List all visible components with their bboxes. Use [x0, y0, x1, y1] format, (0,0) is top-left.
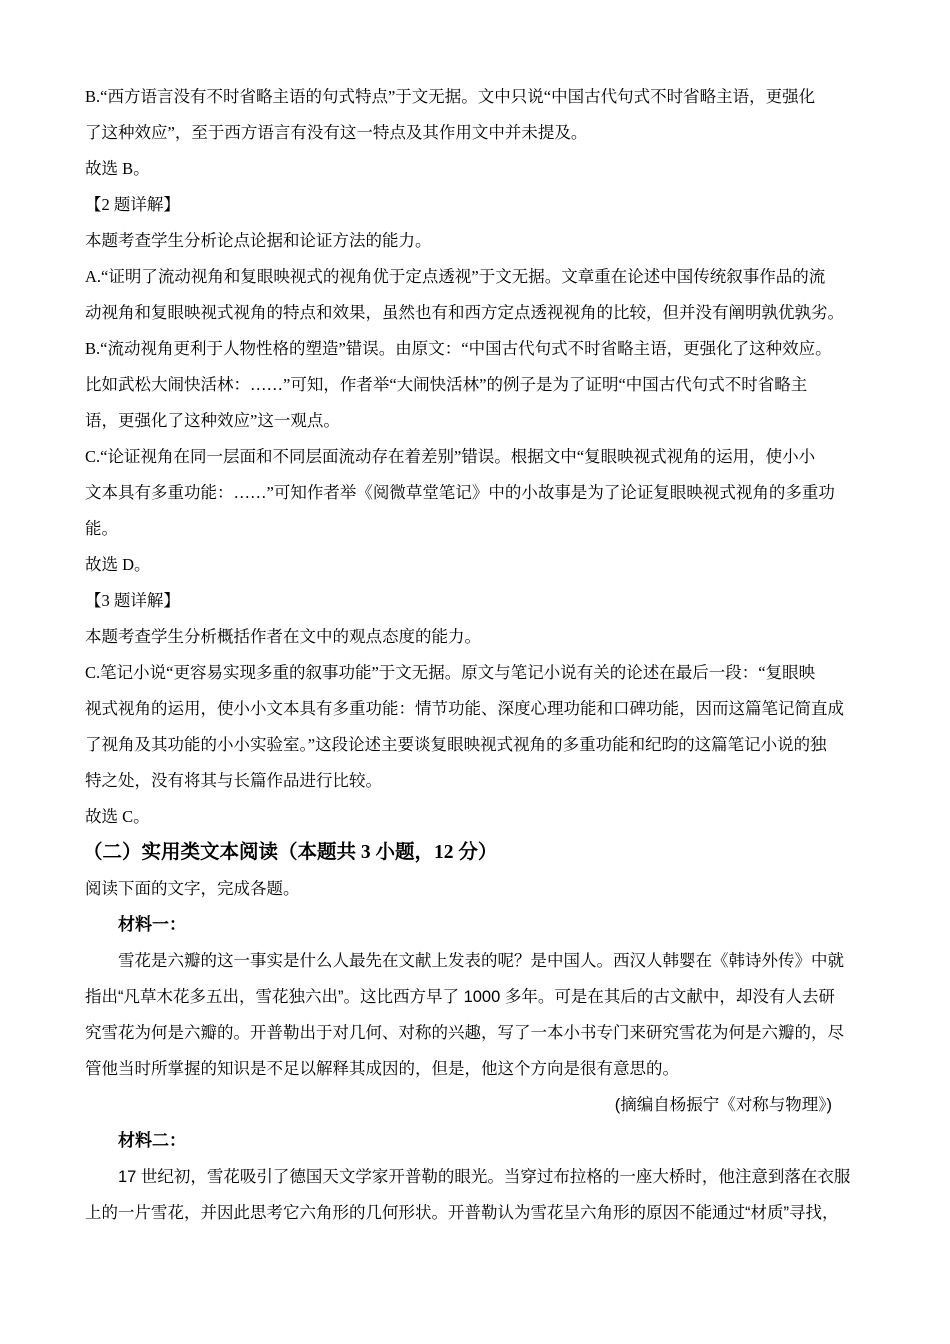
text-line: 指出“凡草木花多五出，雪花独六出”。这比西方早了 1000 多年。可是在其后的古…	[85, 979, 920, 1015]
section-heading: （二）实用类文本阅读（本题共 3 小题，12 分）	[83, 835, 920, 871]
text-line: 本题考查学生分析概括作者在文中的观点态度的能力。	[85, 619, 920, 655]
question-detail-header: 【3 题详解】	[85, 583, 920, 619]
text-line: 能。	[85, 511, 920, 547]
text-line: 了这种效应”，至于西方语言有没有这一特点及其作用文中并未提及。	[85, 115, 920, 151]
text-line: 语，更强化了这种效应”这一观点。	[85, 403, 920, 439]
text-line: 视式视角的运用，使小小文本具有多重功能：情节功能、深度心理功能和口碑功能，因而这…	[85, 691, 920, 727]
answer-line: 故选 B。	[85, 151, 920, 187]
document-page: B.“西方语言没有不时省略主语的句式特点”于文无据。文中只说“中国古代句式不时省…	[0, 0, 950, 1344]
text-line: B.“西方语言没有不时省略主语的句式特点”于文无据。文中只说“中国古代句式不时省…	[85, 79, 920, 115]
document-content: B.“西方语言没有不时省略主语的句式特点”于文无据。文中只说“中国古代句式不时省…	[85, 79, 920, 1231]
text-line: A.“证明了流动视角和复眼映视式的视角优于定点透视”于文无据。文章重在论述中国传…	[85, 259, 920, 295]
text-line: 文本具有多重功能：……”可知作者举《阅微草堂笔记》中的小故事是为了论证复眼映视式…	[85, 475, 920, 511]
text-line: C.笔记小说“更容易实现多重的叙事功能”于文无据。原文与笔记小说有关的论述在最后…	[85, 655, 920, 691]
text-line: 比如武松大闹快活林：……”可知，作者举“大闹快活林”的例子是为了证明“中国古代句…	[85, 367, 920, 403]
answer-line: 故选 C。	[85, 799, 920, 835]
text-line: 17 世纪初，雪花吸引了德国天文学家开普勒的眼光。当穿过布拉格的一座大桥时，他注…	[85, 1159, 920, 1195]
text-line: 动视角和复眼映视式视角的特点和效果，虽然也有和西方定点透视视角的比较，但并没有阐…	[85, 295, 920, 331]
answer-line: 故选 D。	[85, 547, 920, 583]
text-line: B.“流动视角更利于人物性格的塑造”错误。由原文：“中国古代句式不时省略主语，更…	[85, 331, 920, 367]
material-one-label: 材料一：	[85, 907, 920, 943]
text-line: 雪花是六瓣的这一事实是什么人最先在文献上发表的呢？是中国人。西汉人韩婴在《韩诗外…	[85, 943, 920, 979]
attribution-line: (摘编自杨振宁《对称与物理》)	[85, 1087, 920, 1123]
instruction-line: 阅读下面的文字，完成各题。	[85, 871, 920, 907]
text-line: 本题考查学生分析论点论据和论证方法的能力。	[85, 223, 920, 259]
text-line: 究雪花为何是六瓣的。开普勒出于对几何、对称的兴趣，写了一本小书专门来研究雪花为何…	[85, 1015, 920, 1051]
text-line: 特之处，没有将其与长篇作品进行比较。	[85, 763, 920, 799]
question-detail-header: 【2 题详解】	[85, 187, 920, 223]
text-line: 了视角及其功能的小小实验室。”这段论述主要谈复眼映视式视角的多重功能和纪昀的这篇…	[85, 727, 920, 763]
text-line: 管他当时所掌握的知识是不足以解释其成因的，但是，他这个方向是很有意思的。	[85, 1051, 920, 1087]
text-line: 上的一片雪花，并因此思考它六角形的几何形状。开普勒认为雪花呈六角形的原因不能通过…	[85, 1195, 920, 1231]
text-line: C.“论证视角在同一层面和不同层面流动存在着差别”错误。根据文中“复眼映视式视角…	[85, 439, 920, 475]
material-two-label: 材料二：	[85, 1123, 920, 1159]
